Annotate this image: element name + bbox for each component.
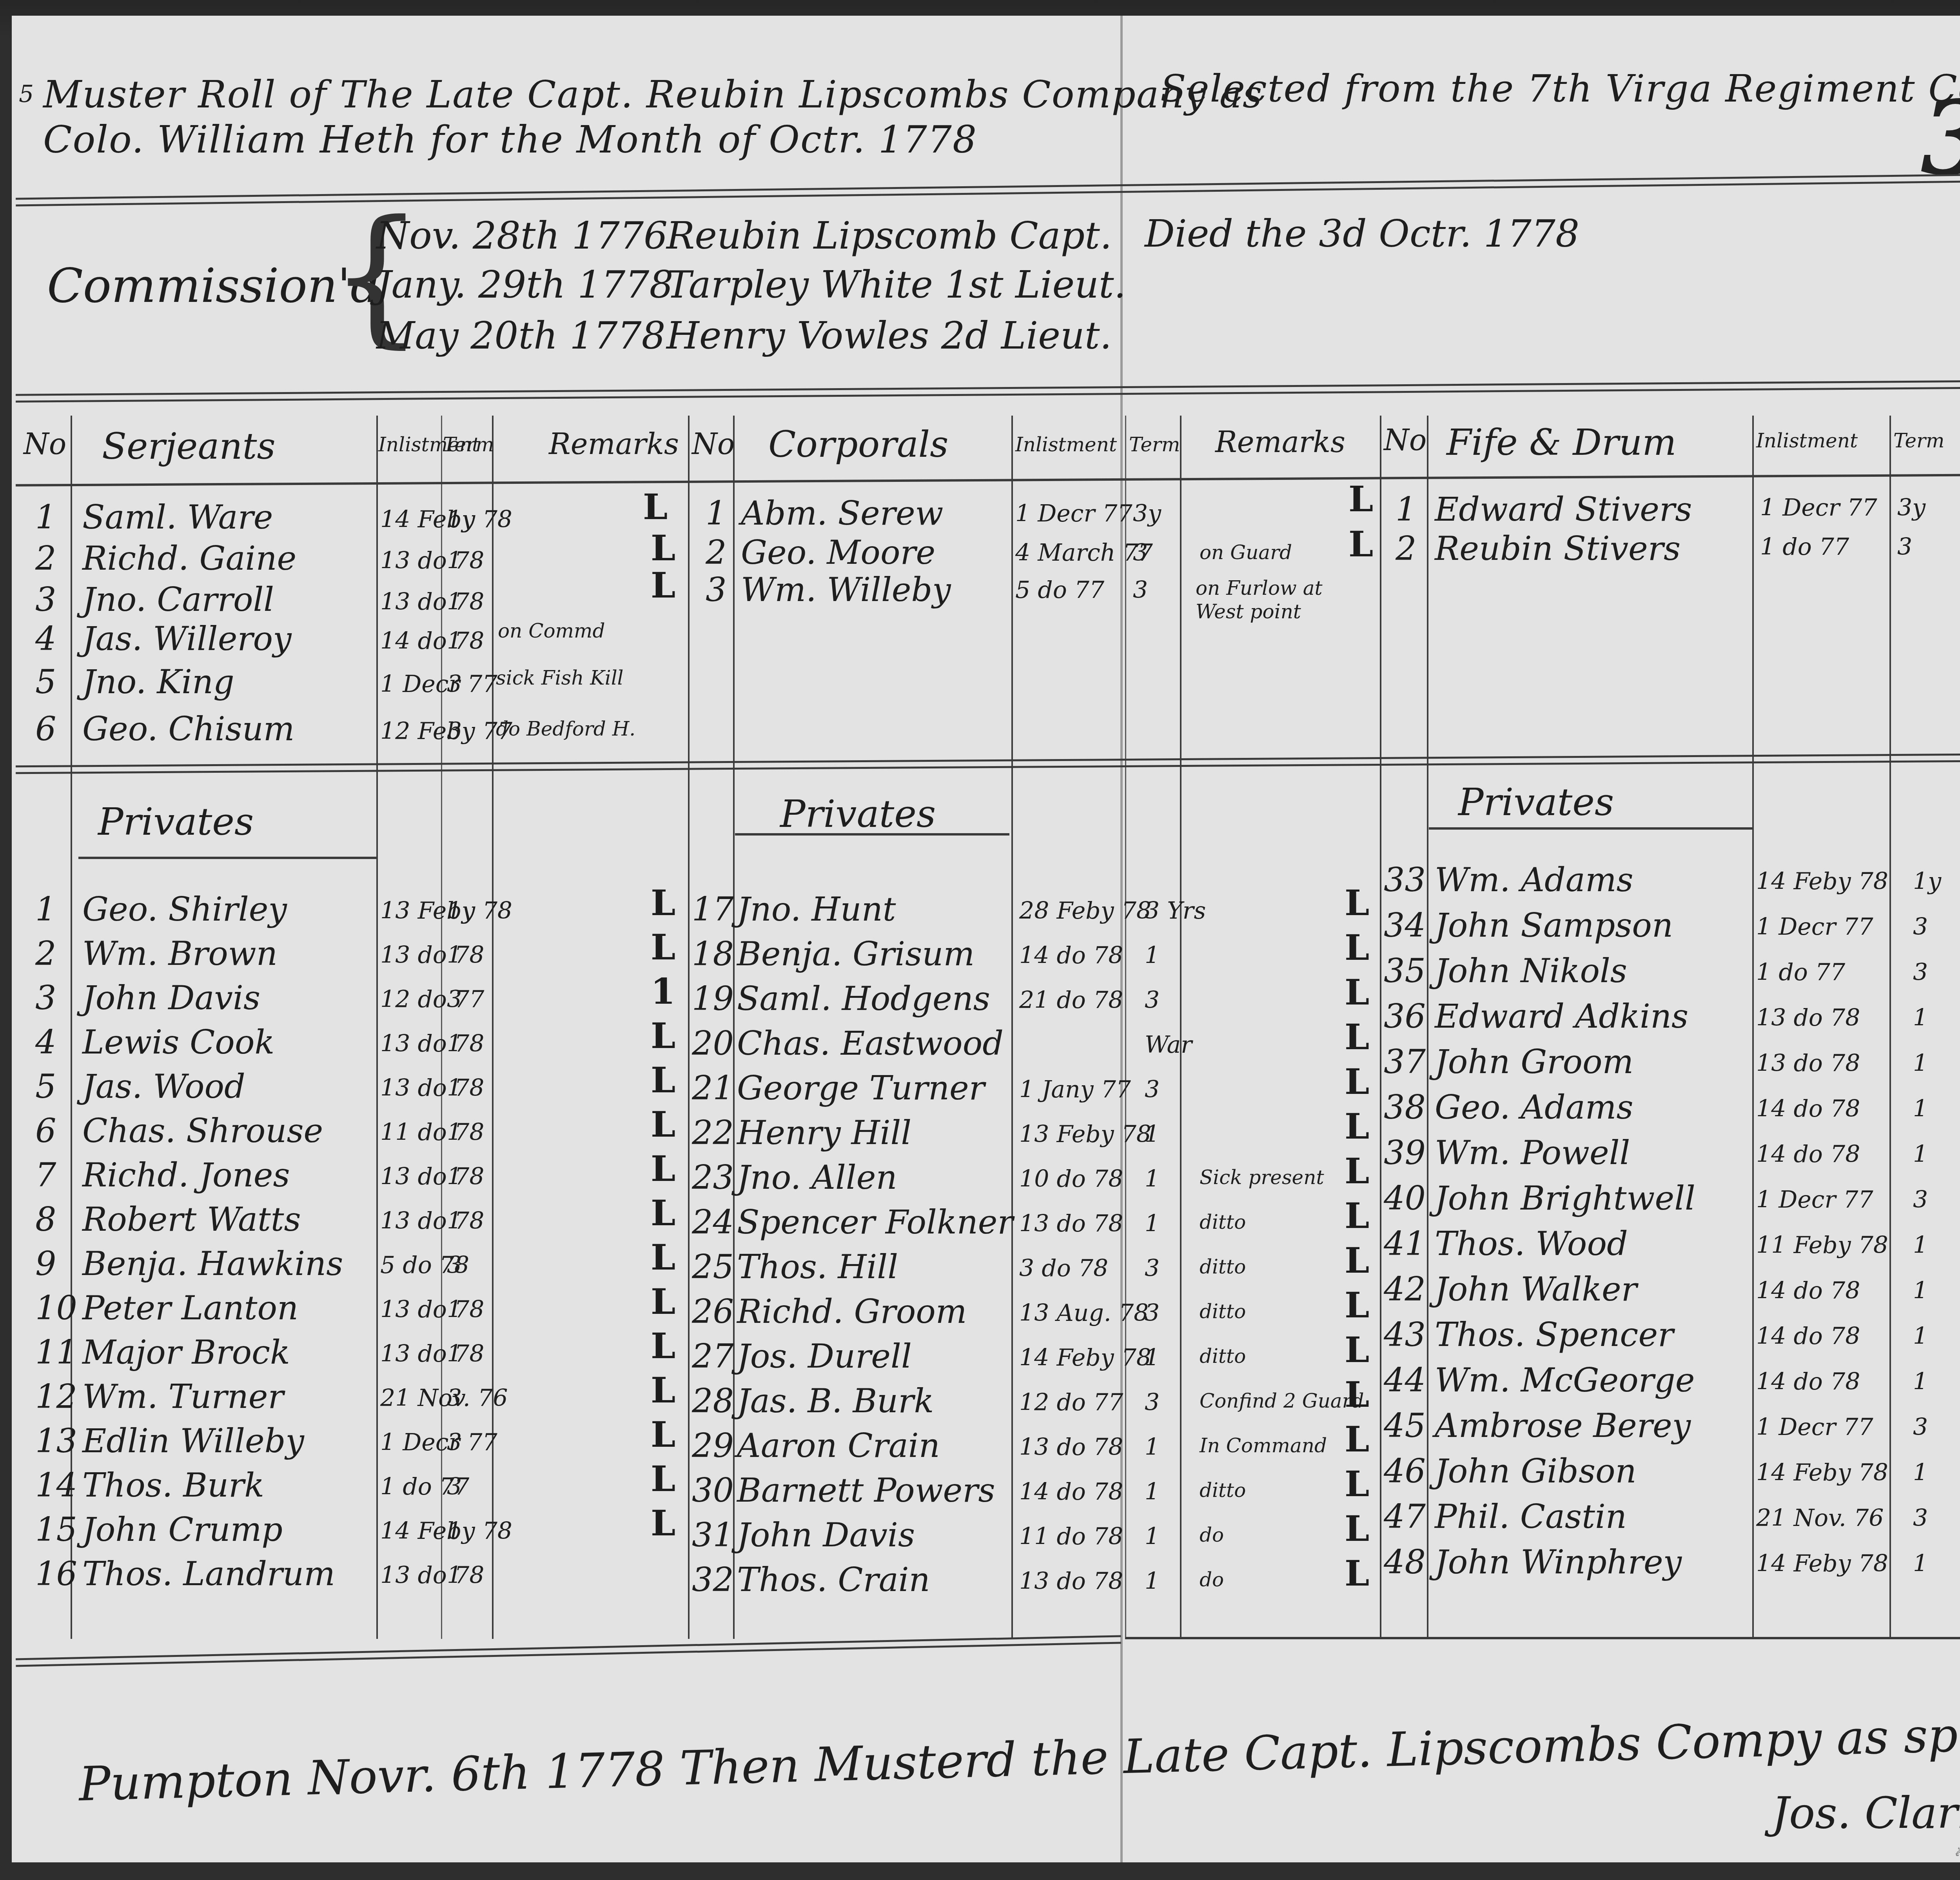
private-remark: ditto — [1200, 1345, 1246, 1368]
private-mark: L — [1345, 1061, 1369, 1103]
serjeant-term: 3 — [447, 717, 462, 745]
private-inlistment: 13 do 78 — [380, 941, 484, 969]
serjeant-no: 4 — [35, 619, 56, 658]
serjeant-inlistment: 14 Feby 78 — [380, 506, 512, 533]
private-no: 10 — [35, 1289, 77, 1327]
private-inlistment: 13 do 78 — [380, 1340, 484, 1368]
comm-name-1: Reubin Lipscomb Capt. — [666, 214, 1112, 258]
corporal-no: 1 — [706, 494, 726, 532]
private-term: 1 — [1145, 1210, 1160, 1237]
private-remark: do — [1200, 1524, 1224, 1546]
private-term: 3 — [1913, 1413, 1928, 1441]
private-term: 1 — [447, 1119, 462, 1146]
hdr-no-2: No — [692, 427, 735, 461]
privates-label-rule-1 — [78, 857, 376, 859]
private-mark: L — [1345, 1195, 1369, 1237]
serjeant-inlistment: 13 do 78 — [380, 588, 484, 616]
private-inlistment: 12 do 77 — [1019, 1389, 1123, 1416]
private-no: 9 — [35, 1244, 56, 1283]
private-inlistment: 21 Nov. 76 — [1756, 1504, 1884, 1532]
private-name: Wm. Turner — [82, 1377, 284, 1416]
private-name: Henry Hill — [737, 1113, 911, 1152]
title-line-1a: Muster Roll of The Late Capt. Reubin Lip… — [43, 73, 1263, 116]
private-name: Edlin Willeby — [82, 1422, 304, 1460]
private-inlistment: 13 do 78 — [380, 1207, 484, 1235]
serjeant-name: Jno. Carroll — [82, 580, 274, 619]
private-inlistment: 13 do 78 — [1756, 1050, 1860, 1077]
private-inlistment: 13 do 78 — [380, 1562, 484, 1589]
private-mark: L — [651, 1192, 675, 1234]
private-term: 3 — [1913, 913, 1928, 941]
private-name: John Winphrey — [1435, 1543, 1682, 1581]
private-name: Richd. Jones — [82, 1156, 290, 1194]
private-term: 1 — [1913, 1050, 1928, 1077]
private-no: 6 — [35, 1112, 56, 1150]
private-name: Geo. Shirley — [82, 890, 287, 928]
private-no: 17 — [692, 890, 734, 928]
private-term: 3 — [1913, 1504, 1928, 1532]
private-name: Wm. Brown — [82, 934, 278, 973]
private-inlistment: 11 do 78 — [380, 1119, 484, 1146]
private-term: 1 — [1913, 1459, 1928, 1486]
private-remark: ditto — [1200, 1255, 1246, 1278]
private-term: 1 — [447, 1296, 462, 1323]
corporal-mark: L — [1348, 523, 1373, 565]
hdr-inlistment-3: Inlistment — [1756, 429, 1858, 452]
private-mark: L — [651, 1370, 675, 1411]
private-term: 1 — [1913, 1322, 1928, 1350]
private-name: Chas. Eastwood — [737, 1024, 1004, 1063]
private-term: 1 — [1145, 1523, 1160, 1550]
private-inlistment: 11 Feby 78 — [1756, 1232, 1888, 1259]
hdr-serjeants: Serjeants — [102, 425, 276, 467]
fife-drum-inlistment: 1 Decr 77 — [1760, 494, 1877, 521]
private-name: Geo. Adams — [1435, 1088, 1633, 1126]
serjeant-mark: L — [651, 527, 675, 569]
private-no: 20 — [692, 1024, 734, 1063]
private-no: 22 — [692, 1113, 734, 1152]
signature: Jos. Clark Comm. — [1772, 1788, 1960, 1838]
private-no: 41 — [1384, 1224, 1426, 1263]
privates-label-rule-2 — [735, 833, 1009, 836]
private-no: 16 — [35, 1555, 77, 1593]
serjeant-remark: sick Fish Kill — [496, 667, 624, 689]
private-name: Jos. Durell — [737, 1337, 912, 1375]
private-mark: L — [651, 882, 675, 924]
serjeant-remark: on Commd — [498, 619, 605, 642]
private-term: 1 — [1145, 942, 1160, 969]
private-name: George Turner — [737, 1069, 985, 1107]
private-inlistment: 14 do 78 — [1756, 1141, 1860, 1168]
private-mark: L — [1345, 1240, 1369, 1281]
private-name: Lewis Cook — [82, 1023, 274, 1061]
serjeant-term: 1 — [447, 627, 462, 655]
private-mark: L — [651, 1059, 675, 1101]
private-remark: ditto — [1200, 1300, 1246, 1323]
private-term: 1 — [447, 941, 462, 969]
private-term: 1 — [447, 1562, 462, 1589]
privates-label-rule-3 — [1429, 827, 1752, 830]
fife-drum-inlistment: 1 do 77 — [1760, 533, 1849, 561]
private-term: 3 — [1145, 1255, 1160, 1282]
col-rule — [1125, 416, 1126, 1639]
private-mark: L — [651, 1281, 675, 1322]
private-inlistment: 14 Feby 78 — [1756, 1550, 1888, 1577]
private-mark: L — [651, 1458, 675, 1500]
private-no: 39 — [1384, 1133, 1426, 1172]
private-name: Saml. Hodgens — [737, 979, 990, 1018]
corporal-inlistment: 5 do 77 — [1015, 576, 1104, 604]
private-no: 27 — [692, 1337, 734, 1375]
hdr-inlistment-2: Inlistment — [1015, 433, 1117, 456]
private-name: John Davis — [82, 979, 260, 1017]
private-mark: L — [1345, 1419, 1369, 1460]
fife-drum-name: Reubin Stivers — [1435, 529, 1681, 568]
serjeant-term: 1 — [447, 547, 462, 574]
private-remark: In Command — [1200, 1434, 1327, 1457]
private-name: Richd. Groom — [737, 1292, 967, 1331]
fife-drum-term: 3y — [1897, 494, 1926, 521]
private-term: 1 — [1913, 1095, 1928, 1123]
private-name: John Brightwell — [1435, 1179, 1695, 1217]
private-no: 8 — [35, 1200, 56, 1239]
corporal-no: 3 — [706, 570, 726, 609]
comm-date-1: Nov. 28th 1776 — [376, 214, 668, 258]
col-rule — [1889, 416, 1891, 1639]
fife-drum-term: 3 — [1897, 533, 1912, 561]
private-name: John Sampson — [1435, 906, 1673, 945]
private-term: 1 — [1145, 1433, 1160, 1461]
private-inlistment: 28 Feby 78 — [1019, 897, 1151, 925]
private-mark: L — [1345, 1508, 1369, 1549]
private-no: 43 — [1384, 1315, 1426, 1354]
private-inlistment: 13 do 78 — [1019, 1568, 1123, 1595]
col-rule — [1180, 416, 1181, 1639]
comm-remark-1: Died the 3d Octr. 1778 — [1145, 212, 1579, 256]
private-no: 38 — [1384, 1088, 1426, 1126]
private-inlistment: 1 Decr 77 — [1756, 1413, 1873, 1441]
private-no: 11 — [35, 1333, 77, 1371]
private-no: 12 — [35, 1377, 77, 1416]
serjeant-name: Richd. Gaine — [82, 539, 296, 578]
corporal-remark: on Furlow at West point — [1196, 576, 1376, 623]
serjeant-name: Jno. King — [82, 663, 234, 701]
private-mark: L — [1345, 1374, 1369, 1415]
fife-drum-no: 2 — [1396, 529, 1416, 568]
private-no: 30 — [692, 1471, 734, 1509]
private-mark: L — [1345, 1553, 1369, 1594]
serjeant-inlistment: 1 Decr 77 — [380, 670, 497, 698]
private-no: 18 — [692, 935, 734, 973]
corporal-name: Abm. Serew — [741, 494, 944, 532]
private-name: Peter Lanton — [82, 1289, 298, 1327]
hdr-no-1: No — [24, 427, 66, 461]
corporal-mark: L — [1348, 478, 1373, 520]
private-inlistment: 1 do 77 — [1756, 959, 1845, 986]
serjeant-inlistment: 14 do 78 — [380, 627, 484, 655]
private-inlistment: 1 Decr 77 — [1756, 913, 1873, 941]
private-name: John Nikols — [1435, 952, 1627, 990]
private-term: 1 — [447, 1030, 462, 1057]
private-no: 15 — [35, 1510, 77, 1549]
privates-label-2: Privates — [780, 792, 936, 836]
serjeant-remark: do Bedford H. — [496, 717, 635, 740]
private-no: 26 — [692, 1292, 734, 1331]
private-mark: L — [651, 926, 675, 968]
private-term: 3 — [1145, 1389, 1160, 1416]
private-term: 1 — [1145, 1568, 1160, 1595]
private-term: 3 — [1145, 1076, 1160, 1103]
col-rule — [376, 416, 378, 1639]
private-name: Jno. Allen — [737, 1158, 897, 1197]
private-mark: L — [651, 1325, 675, 1367]
hdr-term-3: Term — [1893, 429, 1944, 452]
private-name: Phil. Castin — [1435, 1497, 1627, 1536]
serjeant-no: 3 — [35, 580, 56, 619]
corporal-inlistment: 1 Decr 77 — [1015, 500, 1132, 527]
private-no: 2 — [35, 934, 56, 973]
private-name: Jno. Hunt — [737, 890, 896, 928]
private-term: 3 — [447, 1429, 462, 1456]
fife-drum-name: Edward Stivers — [1435, 490, 1692, 529]
private-name: Thos. Spencer — [1435, 1315, 1673, 1354]
private-term: 3 — [1913, 959, 1928, 986]
private-no: 44 — [1384, 1361, 1426, 1399]
hdr-corporals: Corporals — [768, 423, 949, 465]
private-remark: ditto — [1200, 1211, 1246, 1233]
private-inlistment: 21 do 78 — [1019, 986, 1123, 1014]
private-no: 4 — [35, 1023, 56, 1061]
hdr-remarks-1: Remarks — [549, 427, 679, 461]
private-mark: L — [1345, 1463, 1369, 1505]
col-rule — [1380, 416, 1381, 1639]
private-name: Aaron Crain — [737, 1426, 940, 1465]
corporal-name: Wm. Willeby — [741, 570, 951, 609]
private-name: Barnett Powers — [737, 1471, 995, 1509]
private-term: 3 — [447, 1384, 462, 1412]
private-no: 25 — [692, 1248, 734, 1286]
serjeant-name: Geo. Chisum — [82, 710, 294, 748]
private-inlistment: 13 Aug. 78 — [1019, 1299, 1149, 1327]
private-term: 1 — [1913, 1141, 1928, 1168]
private-term: 1 — [1145, 1478, 1160, 1506]
private-inlistment: 14 do 78 — [1756, 1322, 1860, 1350]
private-mark: L — [1345, 972, 1369, 1013]
private-inlistment: 13 do 78 — [380, 1163, 484, 1190]
private-no: 37 — [1384, 1043, 1426, 1081]
corporal-term: 3 — [1133, 539, 1148, 567]
privates-label-3: Privates — [1458, 780, 1614, 824]
private-inlistment: 1 Decr 77 — [380, 1429, 497, 1456]
private-inlistment: 3 do 78 — [1019, 1255, 1108, 1282]
private-name: Benja. Grisum — [737, 935, 975, 973]
serjeant-name: Saml. Ware — [82, 498, 273, 536]
private-inlistment: 13 do 78 — [380, 1074, 484, 1102]
private-no: 35 — [1384, 952, 1426, 990]
title-line-1b: Selected from the 7th Virga Regiment Com… — [1160, 67, 1960, 111]
private-inlistment: 13 Feby 78 — [1019, 1121, 1151, 1148]
private-term: 3 — [1145, 1299, 1160, 1327]
col-rule — [1011, 416, 1013, 1639]
private-no: 29 — [692, 1426, 734, 1465]
serjeant-mark: L — [651, 565, 675, 606]
private-inlistment: 13 do 78 — [1019, 1210, 1123, 1237]
private-no: 23 — [692, 1158, 734, 1197]
private-mark: L — [1345, 1150, 1369, 1192]
private-term: 1 — [1145, 1344, 1160, 1371]
serjeant-no: 5 — [35, 663, 56, 701]
private-name: Benja. Hawkins — [82, 1244, 343, 1283]
private-mark: L — [1345, 927, 1369, 968]
private-no: 28 — [692, 1382, 734, 1420]
private-term: 1 — [1913, 1277, 1928, 1304]
serjeant-mark: L — [643, 486, 668, 528]
serjeant-no: 1 — [35, 498, 56, 536]
private-name: Wm. McGeorge — [1435, 1361, 1695, 1399]
private-no: 46 — [1384, 1452, 1426, 1490]
private-inlistment: 14 Feby 78 — [380, 1517, 512, 1545]
private-name: Thos. Wood — [1435, 1224, 1628, 1263]
private-term: 3 — [447, 1252, 462, 1279]
private-no: 42 — [1384, 1270, 1426, 1308]
corporal-term: 3 — [1133, 576, 1148, 604]
flourish-mark-icon: ❧ — [1952, 1839, 1960, 1866]
private-name: Ambrose Berey — [1435, 1406, 1691, 1445]
private-name: Edward Adkins — [1435, 997, 1688, 1035]
private-no: 32 — [692, 1560, 734, 1599]
private-no: 24 — [692, 1203, 734, 1241]
private-name: Thos. Hill — [737, 1248, 898, 1286]
private-mark: L — [1345, 1329, 1369, 1371]
private-term: 1 — [1913, 1550, 1928, 1577]
private-no: 31 — [692, 1516, 734, 1554]
serjeant-no: 2 — [35, 539, 56, 578]
bottom-rule-right — [1125, 1637, 1960, 1639]
private-no: 19 — [692, 979, 734, 1018]
col-rule — [1427, 416, 1428, 1639]
private-term: 1 — [447, 1340, 462, 1368]
private-no: 14 — [35, 1466, 77, 1504]
private-mark: L — [651, 1148, 675, 1190]
private-inlistment: 14 Feby 78 — [1019, 1344, 1151, 1371]
private-no: 34 — [1384, 906, 1426, 945]
private-term: 3 — [447, 986, 462, 1013]
private-inlistment: 14 Feby 78 — [1756, 1459, 1888, 1486]
title-line-2: Colo. William Heth for the Month of Octr… — [43, 118, 977, 162]
corporal-term: 3y — [1133, 500, 1161, 527]
private-term: 3 — [1913, 1186, 1928, 1213]
private-inlistment: 1 Jany 77 — [1019, 1076, 1131, 1103]
private-mark: L — [1345, 1106, 1369, 1147]
private-no: 1 — [35, 890, 56, 928]
private-inlistment: 10 do 78 — [1019, 1165, 1123, 1193]
private-mark: L — [1345, 1016, 1369, 1058]
private-inlistment: 14 do 78 — [1019, 942, 1123, 969]
private-no: 13 — [35, 1422, 77, 1460]
serjeant-no: 6 — [35, 710, 56, 748]
private-no: 36 — [1384, 997, 1426, 1035]
private-term: 3 — [1145, 986, 1160, 1014]
private-remark: do — [1200, 1568, 1224, 1591]
private-mark: L — [651, 1104, 675, 1145]
private-no: 47 — [1384, 1497, 1426, 1536]
col-rule — [688, 416, 690, 1639]
private-term: 1 — [447, 1207, 462, 1235]
hdr-term-1: Term — [443, 433, 494, 456]
private-term: 3 Yrs — [1145, 897, 1206, 925]
private-no: 33 — [1384, 861, 1426, 899]
fife-drum-no: 1 — [1396, 490, 1416, 529]
private-no: 5 — [35, 1067, 56, 1106]
page-corner-number: 5 — [19, 80, 34, 108]
private-name: Chas. Shrouse — [82, 1112, 323, 1150]
private-inlistment: 14 do 78 — [1019, 1478, 1123, 1506]
private-term: 1 — [1145, 1121, 1160, 1148]
private-no: 3 — [35, 979, 56, 1017]
private-inlistment: 11 do 78 — [1019, 1523, 1123, 1550]
hdr-fife-drum: Fife & Drum — [1446, 421, 1676, 463]
corporal-remark: on Guard — [1200, 541, 1292, 564]
private-mark: L — [1345, 1284, 1369, 1326]
private-term: 1 — [1913, 1368, 1928, 1395]
corporal-name: Geo. Moore — [741, 533, 935, 572]
private-term: 1y — [1913, 868, 1941, 895]
private-term: 3 — [447, 1473, 462, 1500]
private-no: 7 — [35, 1156, 56, 1194]
hdr-no-3: No — [1384, 423, 1426, 457]
private-term: 1 — [1913, 1004, 1928, 1032]
private-inlistment: 13 do 78 — [1019, 1433, 1123, 1461]
serjeant-name: Jas. Willeroy — [82, 619, 292, 658]
private-name: Major Brock — [82, 1333, 290, 1371]
private-inlistment: 13 do 78 — [380, 1030, 484, 1057]
private-term: 1 — [447, 1517, 462, 1545]
private-no: 45 — [1384, 1406, 1426, 1445]
private-inlistment: 21 Nov. 76 — [380, 1384, 508, 1412]
private-term: War — [1145, 1031, 1192, 1059]
private-inlistment: 12 do 77 — [380, 986, 484, 1013]
private-name: Jas. B. Burk — [737, 1382, 934, 1420]
private-mark: L — [651, 1237, 675, 1278]
private-inlistment: 14 do 78 — [1756, 1277, 1860, 1304]
hdr-term-2: Term — [1129, 433, 1180, 456]
corporal-inlistment: 4 March 77 — [1015, 539, 1153, 567]
private-name: Spencer Folkner — [737, 1203, 1013, 1241]
private-term: 1 — [447, 1074, 462, 1102]
private-name: John Crump — [82, 1510, 283, 1549]
private-term: 1y — [447, 897, 475, 925]
private-term: 1 — [447, 1163, 462, 1190]
private-no: 21 — [692, 1069, 734, 1107]
private-remark: ditto — [1200, 1479, 1246, 1502]
private-name: Thos. Landrum — [82, 1555, 335, 1593]
private-inlistment: 14 do 78 — [1756, 1368, 1860, 1395]
private-inlistment: 14 do 78 — [1756, 1095, 1860, 1123]
comm-date-3: May 20th 1778 — [376, 314, 666, 358]
serjeant-term: 1y — [447, 506, 475, 533]
private-mark: L — [651, 1015, 675, 1057]
private-remark: Sick present — [1200, 1166, 1324, 1189]
private-mark: 1 — [651, 971, 675, 1012]
private-name: Thos. Burk — [82, 1466, 264, 1504]
private-name: Robert Watts — [82, 1200, 301, 1239]
private-no: 40 — [1384, 1179, 1426, 1217]
serjeant-inlistment: 12 Feby 77 — [380, 717, 512, 745]
private-no: 48 — [1384, 1543, 1426, 1581]
hdr-remarks-2: Remarks — [1215, 425, 1345, 459]
private-term: 1 — [1913, 1232, 1928, 1259]
private-name: Jas. Wood — [82, 1067, 245, 1106]
